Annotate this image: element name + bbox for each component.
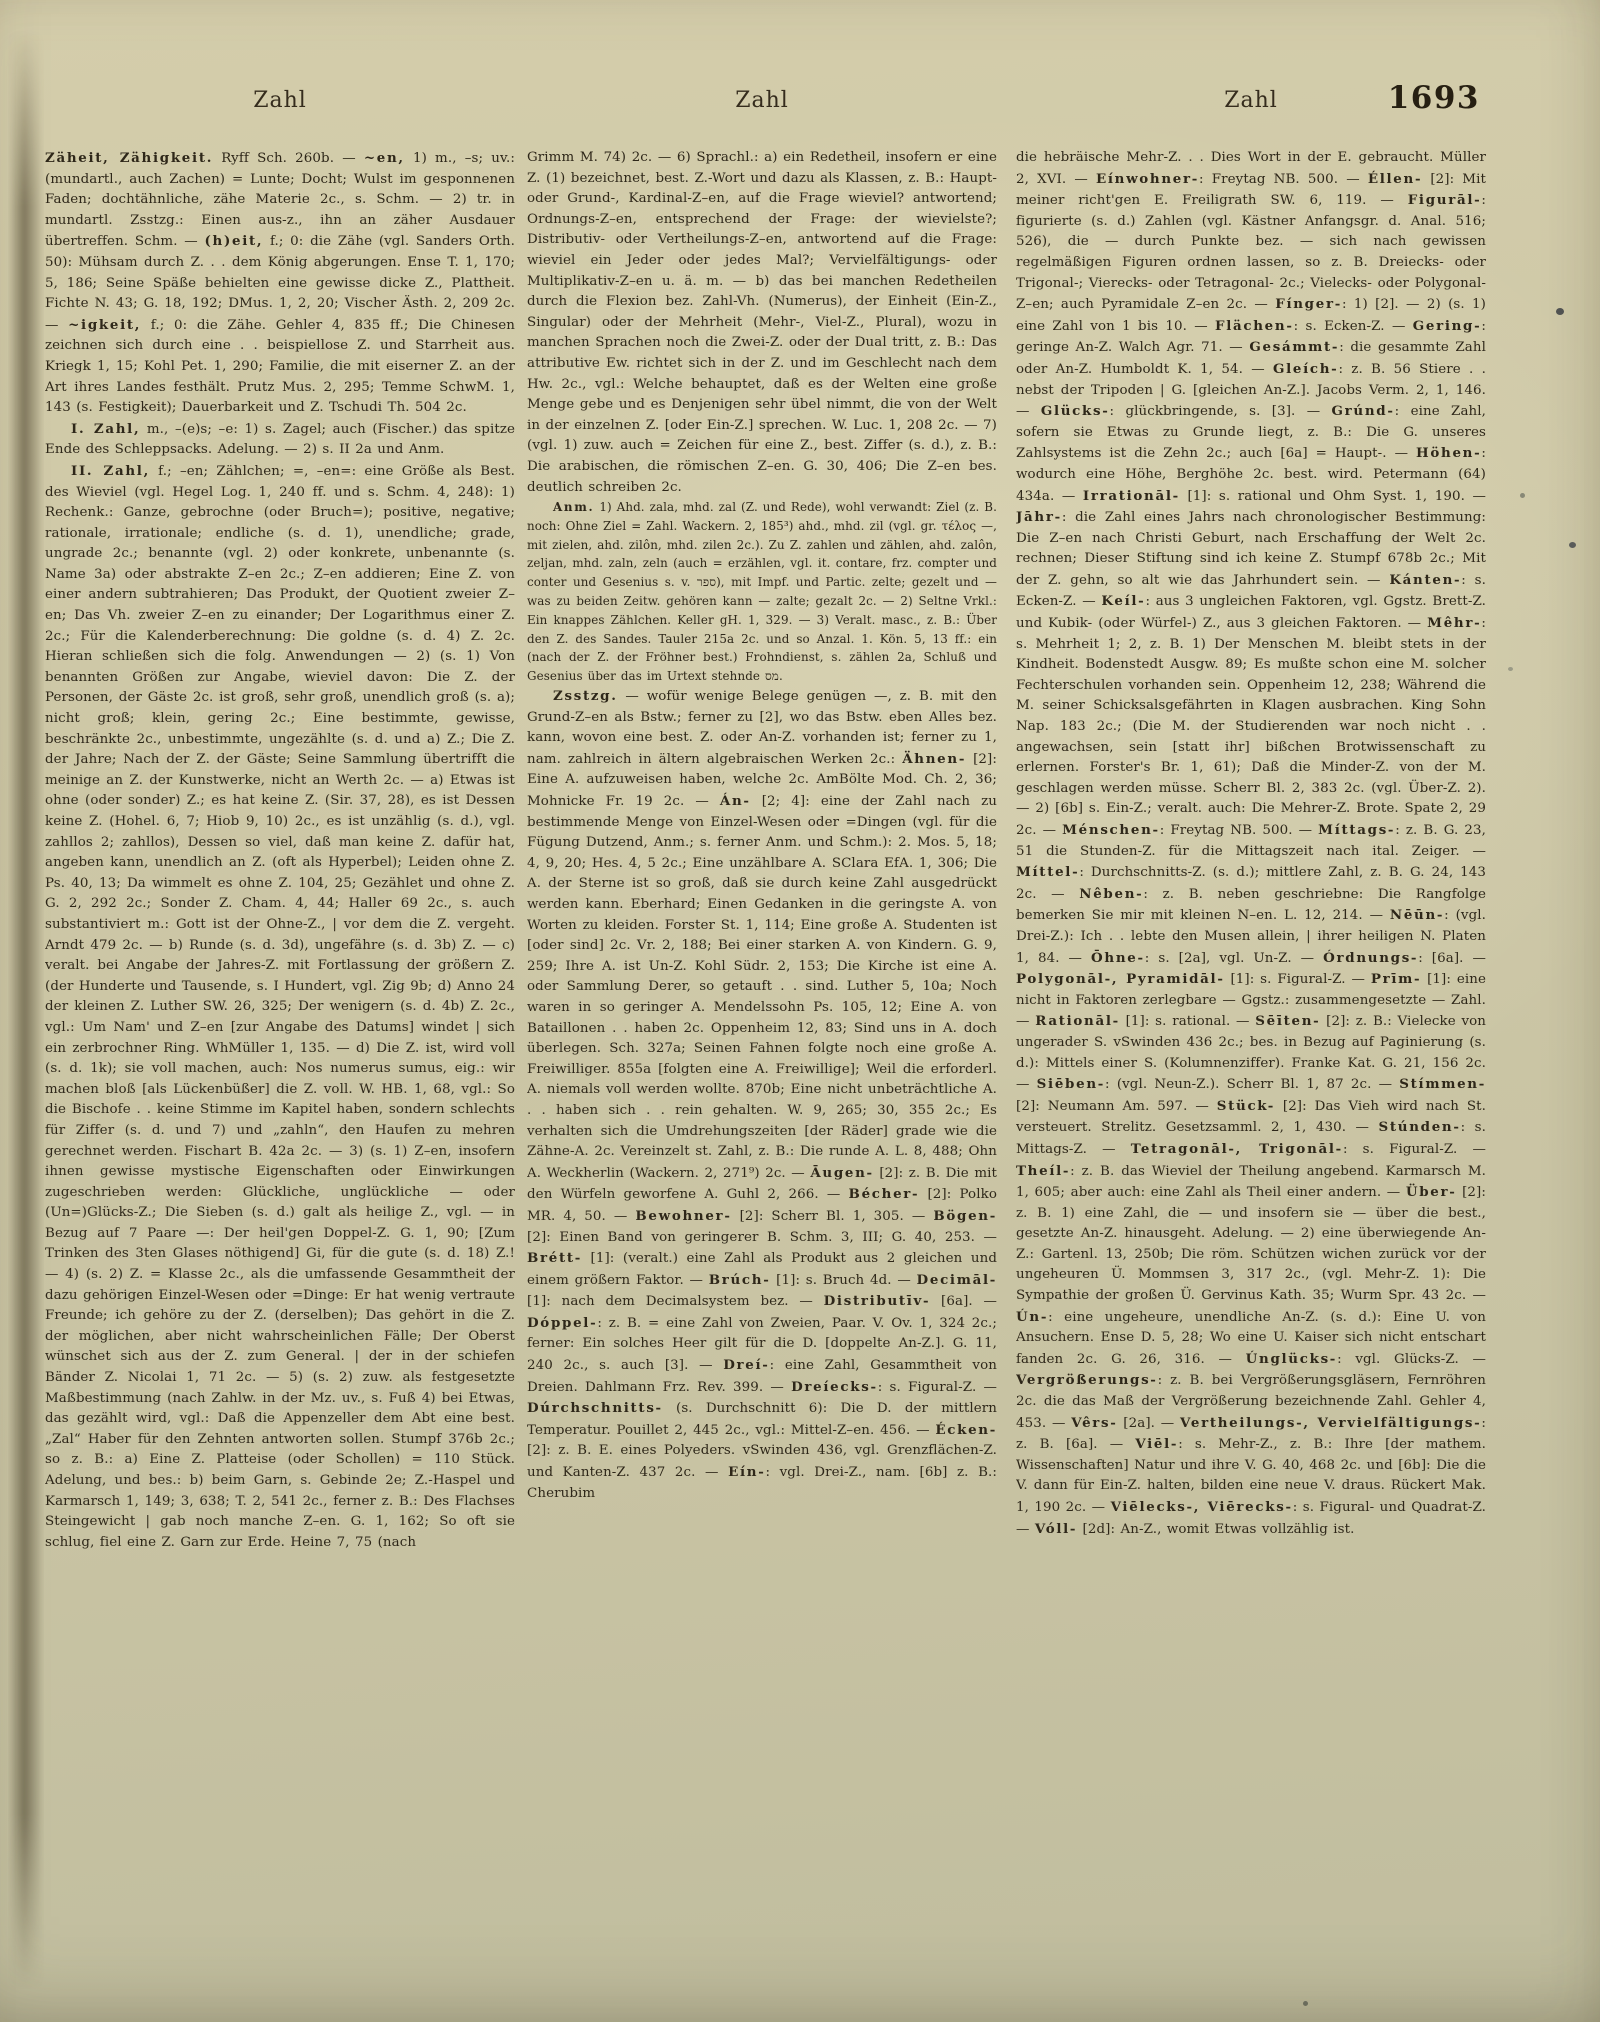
text-column-1: Zäheit, Zähigkeit. Ryff Sch. 260b. — ~en…	[45, 148, 515, 1923]
compound-headword: Órdnungs-	[1323, 950, 1418, 966]
compound-headword: Grúnd-	[1332, 403, 1395, 419]
compound-headword: Figurāl-	[1408, 192, 1482, 208]
compound-headword: Polygonāl-, Pyramidāl-	[1016, 971, 1225, 987]
compound-headword: I. Zahl,	[71, 421, 140, 437]
compound-headword: Rationāl-	[1035, 1013, 1120, 1029]
ink-speck	[1303, 2001, 1308, 2006]
compound-headword: Mêhr-	[1427, 615, 1481, 631]
compound-headword: Bewohner-	[635, 1208, 731, 1224]
compound-headword: Bögen-	[933, 1208, 997, 1224]
compound-headword: Prīm-	[1371, 971, 1421, 987]
compound-headword: Dreí-	[723, 1357, 769, 1373]
compound-headword: Viēl-	[1135, 1436, 1178, 1452]
compound-headword: Anm.	[553, 500, 594, 514]
compound-headword: Écken-	[935, 1422, 997, 1438]
compound-headword: Dóppel-	[527, 1315, 597, 1331]
compound-headword: Viēlecks-, Viērecks-	[1111, 1499, 1293, 1515]
compound-headword: Glücks-	[1041, 403, 1110, 419]
compound-headword: Bécher-	[849, 1186, 920, 1202]
compound-headword: II. Zahl,	[71, 463, 150, 479]
compound-headword: Dreíecks-	[791, 1379, 878, 1395]
compound-headword: Éllen-	[1368, 171, 1422, 187]
compound-headword: Brúch-	[709, 1272, 771, 1288]
compound-headword: Siēben-	[1037, 1076, 1105, 1092]
compound-headword: Stück-	[1217, 1098, 1275, 1114]
paragraph: die hebräische Mehr-Z. . . Dies Wort in …	[1016, 148, 1486, 1540]
compound-headword: Gleích-	[1273, 361, 1338, 377]
compound-headword: Keíl-	[1101, 593, 1145, 609]
compound-headword: Zäheit, Zähigkeit.	[45, 150, 213, 166]
compound-headword: ~igkeit,	[68, 317, 141, 333]
paragraph: Anm. 1) Ahd. zala, mhd. zal (Z. und Rede…	[527, 498, 997, 686]
compound-headword: Vertheilungs-, Vervielfältigungs-	[1180, 1415, 1481, 1431]
ink-speck	[1508, 667, 1513, 671]
compound-headword: Vóll-	[1035, 1521, 1077, 1537]
compound-headword: Decimāl-	[917, 1272, 997, 1288]
compound-headword: Āugen-	[810, 1165, 874, 1181]
dictionary-page-scan: Zahl Zahl Zahl 1693 Zäheit, Zähigkeit. R…	[0, 0, 1600, 2022]
paragraph: Grimm M. 74) 2c. — 6) Sprachl.: a) ein R…	[527, 148, 997, 498]
compound-headword: Irrationāl-	[1083, 488, 1180, 504]
compound-headword: Gering-	[1413, 318, 1482, 334]
compound-headword: Án-	[720, 793, 751, 809]
compound-headword: Distributīv-	[824, 1293, 931, 1309]
compound-headword: Dúrchschnitts-	[527, 1400, 663, 1416]
paragraph: II. Zahl, f.; –en; Zählchen; =, –en=: ei…	[45, 461, 515, 1553]
compound-headword: Stímmen-	[1399, 1076, 1486, 1092]
running-head-column-1: Zahl	[45, 88, 515, 113]
compound-headword: Gesámmt-	[1249, 339, 1339, 355]
text-column-3: die hebräische Mehr-Z. . . Dies Wort in …	[1016, 148, 1486, 1923]
compound-headword: (h)eit,	[204, 233, 263, 249]
compound-headword: Brétt-	[527, 1250, 582, 1266]
paragraph: Zäheit, Zähigkeit. Ryff Sch. 260b. — ~en…	[45, 148, 515, 419]
compound-headword: Únglücks-	[1246, 1351, 1337, 1367]
compound-headword: ~en,	[364, 150, 405, 166]
ink-speck	[1569, 542, 1576, 548]
compound-headword: Fínger-	[1275, 296, 1342, 312]
compound-headword: Ähnen-	[902, 751, 966, 767]
compound-headword: Eín-	[728, 1464, 765, 1480]
compound-headword: Vêrs-	[1071, 1415, 1117, 1431]
ink-speck	[1520, 493, 1525, 498]
paragraph: Zsstzg. — wofür wenige Belege genügen —,…	[527, 686, 997, 1504]
compound-headword: Jāhr-	[1016, 509, 1062, 525]
page-gutter-shadow	[8, 30, 44, 1990]
compound-headword: Flächen-	[1215, 318, 1294, 334]
compound-headword: Ún-	[1016, 1309, 1048, 1325]
compound-headword: Eínwohner-	[1096, 171, 1199, 187]
compound-headword: Míttags-	[1318, 822, 1395, 838]
compound-headword: Kánten-	[1389, 572, 1461, 588]
compound-headword: Theíl-	[1016, 1163, 1070, 1179]
compound-headword: Tetragonāl-, Trigonāl-	[1131, 1141, 1343, 1157]
compound-headword: Vergrößerungs-	[1016, 1372, 1158, 1388]
running-head-column-2: Zahl	[527, 88, 997, 113]
paragraph: I. Zahl, m., –(e)s; –e: 1) s. Zagel; auc…	[45, 419, 515, 461]
compound-headword: Zsstzg.	[553, 688, 618, 704]
compound-headword: Über-	[1406, 1184, 1457, 1200]
compound-headword: Höhen-	[1416, 445, 1481, 461]
page-number: 1693	[1240, 80, 1480, 116]
compound-headword: Ménschen-	[1062, 822, 1160, 838]
compound-headword: Nêben-	[1079, 886, 1143, 902]
compound-headword: Nēūn-	[1390, 907, 1444, 923]
compound-headword: Stúnden-	[1379, 1119, 1461, 1135]
compound-headword: Sēīten-	[1255, 1013, 1320, 1029]
text-column-2: Grimm M. 74) 2c. — 6) Sprachl.: a) ein R…	[527, 148, 997, 1923]
compound-headword: Ōhne-	[1091, 950, 1145, 966]
compound-headword: Míttel-	[1016, 864, 1079, 880]
ink-speck	[1556, 308, 1564, 315]
